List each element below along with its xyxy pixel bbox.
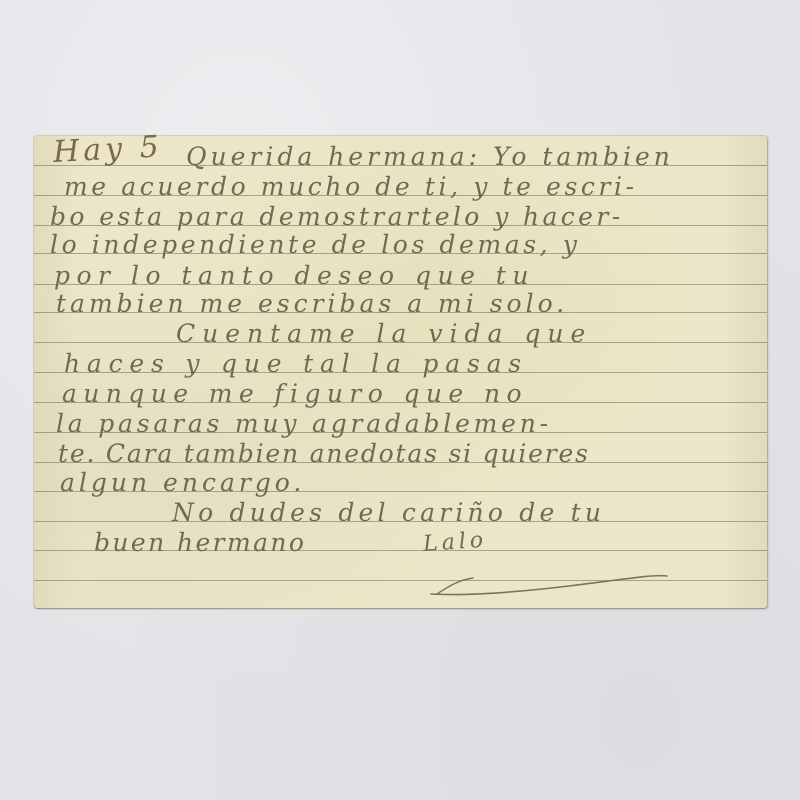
letter-line: te. Cara tambien anedotas si quieres (58, 441, 590, 466)
letter-line: No dudes del cariño de tu (172, 500, 605, 525)
letter-line: la pasaras muy agradablemen- (56, 411, 552, 436)
letter-line: lo independiente de los demas, y (50, 232, 581, 257)
letter-line: bo esta para demostrartelo y hacer- (50, 204, 624, 229)
signature-flourish (429, 572, 669, 598)
date-note: Hay 5 (52, 132, 163, 168)
signature: Lalo (422, 530, 487, 556)
letter-line: por lo tanto deseo que tu (54, 263, 535, 288)
letter-line: haces y que tal la pasas (64, 351, 528, 376)
letter-line: me acuerdo mucho de ti, y te escri- (64, 174, 638, 199)
letter-line: Cuentame la vida que (176, 321, 592, 346)
letter-line: Querida hermana: Yo tambien (186, 144, 674, 169)
letter-line: aunque me figuro que no (62, 381, 528, 406)
letter-line: buen hermano (94, 530, 306, 555)
letter-line: algun encargo. (60, 470, 305, 495)
letter-line: tambien me escribas a mi solo. (56, 291, 568, 316)
postcard: Hay 5 Querida hermana: Yo tambien me acu… (34, 136, 767, 608)
